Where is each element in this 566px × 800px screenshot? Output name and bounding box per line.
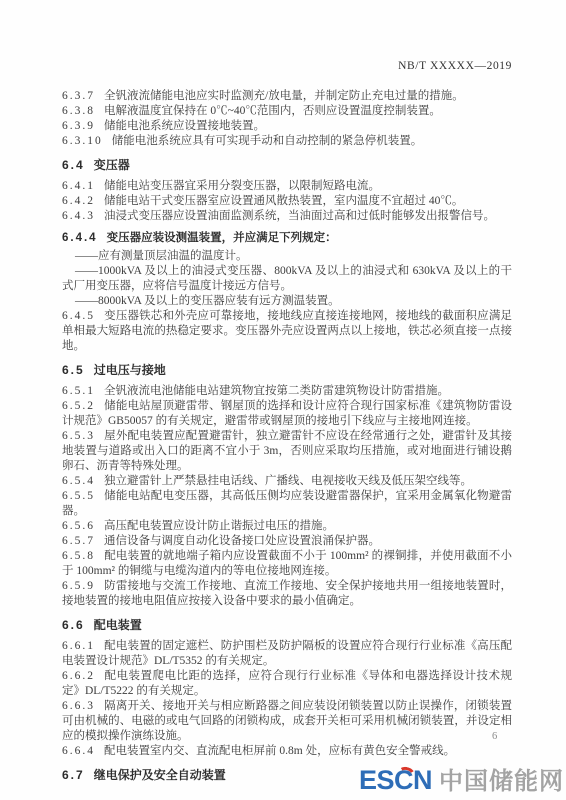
clause-number: 6.6.3 (62, 700, 95, 712)
clause-number: 6.6.2 (62, 670, 95, 682)
clause-paragraph: 6.4.5变压器铁芯和外壳应可靠接地，接地线应直接连接地网，接地线的截面积应满足… (62, 309, 512, 354)
clause-text: 过电压与接地 (94, 363, 166, 377)
clause-paragraph: 6.5.7通信设备与调度自动化设备接口处应设置浪涌保护器。 (62, 534, 512, 549)
clause-paragraph: 6.5.6高压配电装置应设计防止谐振过电压的措施。 (62, 519, 512, 534)
clause-text: 独立避雷针上严禁悬挂电话线、广播线、电视接收天线及低压架空线等。 (104, 475, 472, 487)
clause-text: 储能电站变压器宜采用分裂变压器，以限制短路电流。 (104, 180, 380, 192)
dash-list-item: ——1000kVA 及以上的油浸式变压器、800kVA 及以上的油浸式和 630… (62, 264, 512, 294)
escn-letter-c-with-red-accent: C (394, 765, 413, 796)
clause-number: 6.6 (62, 618, 85, 632)
clause-number: 6.5.8 (62, 550, 95, 562)
clause-number: 6.4 (62, 158, 85, 172)
document-page: NB/T XXXXX—2019 6.3.7全钒液流储能电池应实时监测充/放电量，… (0, 0, 566, 800)
clause-number: 6.5.3 (62, 430, 95, 442)
escn-letters-es: ES (359, 765, 394, 796)
clause-number: 6.5.1 (62, 385, 95, 397)
clause-text: ——应有测量顶层油温的温度计。 (75, 250, 248, 262)
clause-paragraph: 6.4.4变压器应装设测温装置，并应满足下列规定： (62, 231, 512, 246)
clause-text: 屋外配电装置应配置避雷针，独立避雷针不应设在经常通行之处，避雷针及其接地装置与道… (62, 430, 512, 472)
clause-paragraph: 6.3.8电解液温度宜保持在 0℃~40℃范围内，否则应设置温度控制装置。 (62, 104, 512, 119)
clause-paragraph: 6.6.4配电装置室内交、直流配电柜屏前 0.8m 处，应标有黄色安全警戒线。 (62, 744, 512, 759)
clause-paragraph: 6.6.3隔离开关、接地开关与相应断路器之间应装设闭锁装置以防止误操作，闭锁装置… (62, 699, 512, 744)
clause-text: 变压器 (94, 158, 130, 172)
clause-number: 6.3.10 (62, 135, 103, 147)
clause-text: 储能电站屋顶避雷带、钢屋顶的选择和设计应符合现行国家标准《建筑物防雷设计规范》G… (62, 400, 512, 427)
clause-text: 配电装置的固定遮栏、防护围栏及防护隔板的设置应符合现行行业标准《高压配电装置设计… (62, 640, 512, 667)
clause-paragraph: 6.4.3油浸式变压器应设置油面监测系统，当油面过高和过低时能够发出报警信号。 (62, 209, 512, 224)
site-name-text: 中国储能网 (439, 761, 564, 796)
clause-number: 6.3.7 (62, 90, 95, 102)
clause-number: 6.4.1 (62, 180, 95, 192)
clause-paragraph: 6.5.4独立避雷针上严禁悬挂电话线、广播线、电视接收天线及低压架空线等。 (62, 474, 512, 489)
clause-text: 高压配电装置应设计防止谐振过电压的措施。 (104, 520, 334, 532)
clause-text: 配电装置室内交、直流配电柜屏前 0.8m 处，应标有黄色安全警戒线。 (104, 745, 455, 757)
clause-number: 6.5.6 (62, 520, 95, 532)
clause-text: 全钒液流储能电池应实时监测充/放电量，并制定防止充电过量的措施。 (104, 90, 464, 102)
clause-paragraph: 6.3.10储能电池系统应具有可实现手动和自动控制的紧急停机装置。 (62, 134, 512, 149)
clause-number: 6.7 (62, 768, 85, 782)
clause-number: 6.3.8 (62, 105, 95, 117)
clause-text: 储能电站干式变压器室应设置通风散热装置，室内温度不宜超过 40℃。 (104, 195, 463, 207)
clause-text: 继电保护及安全自动装置 (94, 768, 226, 782)
clause-paragraph: 6.4.2储能电站干式变压器室应设置通风散热装置，室内温度不宜超过 40℃。 (62, 194, 512, 209)
clause-paragraph: 6.3.9储能电池系统应设置接地装置。 (62, 119, 512, 134)
document-code-header: NB/T XXXXX—2019 (398, 60, 512, 72)
clause-text: ——1000kVA 及以上的油浸式变压器、800kVA 及以上的油浸式和 630… (62, 265, 512, 292)
clause-text: 通信设备与调度自动化设备接口处应设置浪涌保护器。 (104, 535, 380, 547)
clause-text: 变压器应装设测温装置，并应满足下列规定： (107, 232, 337, 244)
clause-paragraph: 6.5.3屋外配电装置应配置避雷针，独立避雷针不应设在经常通行之处，避雷针及其接… (62, 429, 512, 474)
page-number: 6 (492, 731, 497, 742)
clause-text: 油浸式变压器应设置油面监测系统，当油面过高和过低时能够发出报警信号。 (104, 210, 495, 222)
clause-number: 6.5.5 (62, 490, 95, 502)
clause-number: 6.5 (62, 363, 85, 377)
section-heading: 6.5过电压与接地 (62, 363, 512, 378)
document-body: 6.3.7全钒液流储能电池应实时监测充/放电量，并制定防止充电过量的措施。6.3… (62, 89, 512, 789)
clause-paragraph: 6.3.7全钒液流储能电池应实时监测充/放电量，并制定防止充电过量的措施。 (62, 89, 512, 104)
escn-logo-text: ESCN (359, 765, 432, 796)
clause-paragraph: 6.5.2储能电站屋顶避雷带、钢屋顶的选择和设计应符合现行国家标准《建筑物防雷设… (62, 399, 512, 429)
clause-text: 全钒液流电池储能电站建筑物宜按第二类防雷建筑物设计防雷措施。 (104, 385, 449, 397)
clause-number: 6.4.3 (62, 210, 95, 222)
clause-paragraph: 6.5.1全钒液流电池储能电站建筑物宜按第二类防雷建筑物设计防雷措施。 (62, 384, 512, 399)
escn-letter-n: N (413, 765, 432, 796)
clause-number: 6.5.2 (62, 400, 95, 412)
section-heading: 6.4变压器 (62, 158, 512, 173)
clause-number: 6.4.2 (62, 195, 95, 207)
dash-list-item: ——应有测量顶层油温的温度计。 (62, 249, 512, 264)
clause-paragraph: 6.5.9防雷接地与交流工作接地、直流工作接地、安全保护接地共用一组接地装置时，… (62, 579, 512, 609)
clause-number: 6.6.1 (62, 640, 95, 652)
clause-paragraph: 6.5.8配电装置的就地端子箱内应设置截面不小于 100mm² 的裸铜排，并使用… (62, 549, 512, 579)
clause-text: 储能电池系统应具有可实现手动和自动控制的紧急停机装置。 (112, 135, 423, 147)
dash-list-item: ——8000kVA 及以上的变压器应装有远方测温装置。 (62, 294, 512, 309)
clause-text: 配电装置的就地端子箱内应设置截面不小于 100mm² 的裸铜排，并使用截面不小于… (62, 550, 512, 577)
clause-paragraph: 6.5.5储能电站配电变压器，其高低压侧均应装设避雷器保护，宜采用金属氧化物避雷… (62, 489, 512, 519)
clause-text: 隔离开关、接地开关与相应断路器之间应装设闭锁装置以防止误操作，闭锁装置可由机械的… (62, 700, 512, 742)
clause-number: 6.3.9 (62, 120, 95, 132)
clause-number: 6.6.4 (62, 745, 95, 757)
clause-paragraph: 6.4.1储能电站变压器宜采用分裂变压器，以限制短路电流。 (62, 179, 512, 194)
clause-text: 配电装置爬电比距的选择，应符合现行行业标准《导体和电器选择设计技术规定》DL/T… (62, 670, 512, 697)
clause-number: 6.5.9 (62, 580, 95, 592)
section-heading: 6.6配电装置 (62, 618, 512, 633)
clause-number: 6.5.7 (62, 535, 95, 547)
clause-text: 变压器铁芯和外壳应可靠接地，接地线应直接连接地网，接地线的截面积应满足单相最大短… (62, 310, 512, 352)
clause-number: 6.4.5 (62, 310, 95, 322)
clause-text: 配电装置 (94, 618, 142, 632)
escn-watermark-logo: ESCN 中国储能网 (359, 761, 564, 796)
clause-text: 电解液温度宜保持在 0℃~40℃范围内，否则应设置温度控制装置。 (104, 105, 441, 117)
clause-paragraph: 6.6.1配电装置的固定遮栏、防护围栏及防护隔板的设置应符合现行行业标准《高压配… (62, 639, 512, 669)
clause-text: 储能电站配电变压器，其高低压侧均应装设避雷器保护，宜采用金属氧化物避雷器。 (62, 490, 512, 517)
clause-text: ——8000kVA 及以上的变压器应装有远方测温装置。 (75, 295, 340, 307)
clause-text: 储能电池系统应设置接地装置。 (104, 120, 265, 132)
clause-number: 6.5.4 (62, 475, 95, 487)
clause-paragraph: 6.6.2配电装置爬电比距的选择，应符合现行行业标准《导体和电器选择设计技术规定… (62, 669, 512, 699)
clause-text: 防雷接地与交流工作接地、直流工作接地、安全保护接地共用一组接地装置时，接地装置的… (62, 580, 512, 607)
clause-number: 6.4.4 (62, 232, 98, 244)
